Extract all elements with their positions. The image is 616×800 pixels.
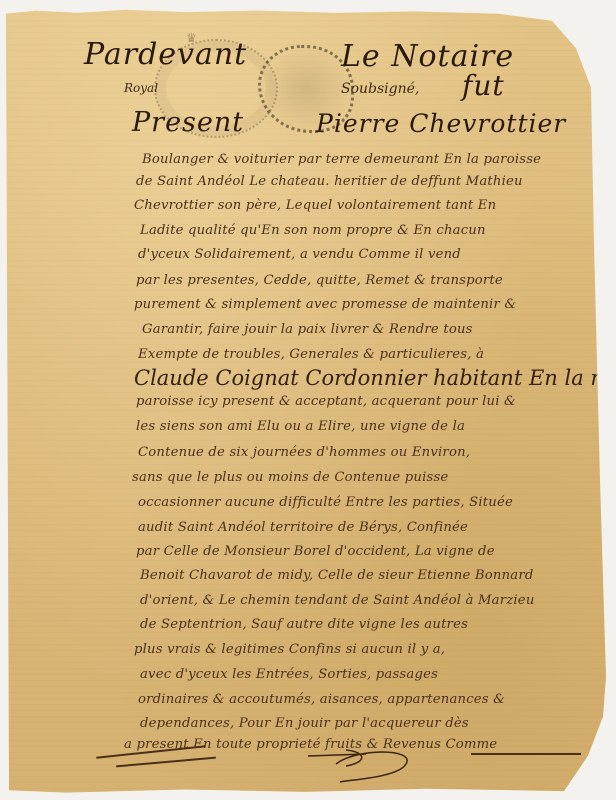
body-line-17: par Celle de Monsieur Borel d'occident, … <box>136 544 495 559</box>
parchment-page: ♛ Pardevant Le Notaire Royal Soubsigné, … <box>6 9 606 795</box>
body-line-5: d'yceux Solidairement, a vendu Comme il … <box>138 247 461 262</box>
body-line-13: Contenue de six journées d'hommes ou Env… <box>138 445 470 460</box>
notary-flourish-icon <box>306 744 416 784</box>
body-line-20: de Septentrion, Sauf autre dite vigne le… <box>140 617 468 632</box>
body-line-22: avec d'yceux les Entrées, Sorties, passa… <box>140 667 438 682</box>
body-line-12: les siens son ami Elu ou a Elire, une vi… <box>136 419 465 434</box>
header-present: Present <box>132 107 244 138</box>
closing-rule-left-2 <box>116 757 216 767</box>
body-line-9: Exempte de troubles, Generales & particu… <box>138 347 484 362</box>
header-royal: Royal <box>124 81 158 95</box>
body-line-24: dependances, Pour En jouir par l'acquere… <box>140 716 469 731</box>
header-pardevant: Pardevant <box>84 37 247 72</box>
body-line-10: Claude Coignat Cordonnier habitant En la… <box>134 366 616 390</box>
body-line-19: d'orient, & Le chemin tendant de Saint A… <box>140 593 535 608</box>
closing-rule-right <box>471 753 581 755</box>
body-line-2: de Saint Andéol Le chateau. heritier de … <box>136 174 523 189</box>
body-line-14: sans que le plus ou moins de Contenue pu… <box>132 470 448 485</box>
body-line-6: par les presentes, Cedde, quitte, Remet … <box>136 273 503 288</box>
header-pierre-chevrottier: Pierre Chevrottier <box>316 109 566 138</box>
body-line-8: Garantir, faire jouir la paix livrer & R… <box>142 322 473 337</box>
body-line-21: plus vrais & legitimes Confins si aucun … <box>134 642 445 657</box>
body-line-23: ordinaires & accoutumés, aisances, appar… <box>138 692 505 707</box>
body-line-1: Boulanger & voiturier par terre demeuran… <box>142 152 541 167</box>
body-line-4: Ladite qualité qu'En son nom propre & En… <box>140 223 486 238</box>
body-line-7: purement & simplement avec promesse de m… <box>134 297 516 312</box>
body-line-11: paroisse icy present & acceptant, acquer… <box>136 394 516 409</box>
header-fut: fut <box>462 69 505 102</box>
body-line-18: Benoit Chavarot de midy, Celle de sieur … <box>140 568 534 583</box>
body-line-3: Chevrottier son père, Lequel volontairem… <box>134 198 496 213</box>
header-soubsigne: Soubsigné, <box>341 81 419 97</box>
body-line-15: occasionner aucune difficulté Entre les … <box>138 495 513 510</box>
body-line-16: audit Saint Andéol territoire de Bérys, … <box>138 520 468 535</box>
